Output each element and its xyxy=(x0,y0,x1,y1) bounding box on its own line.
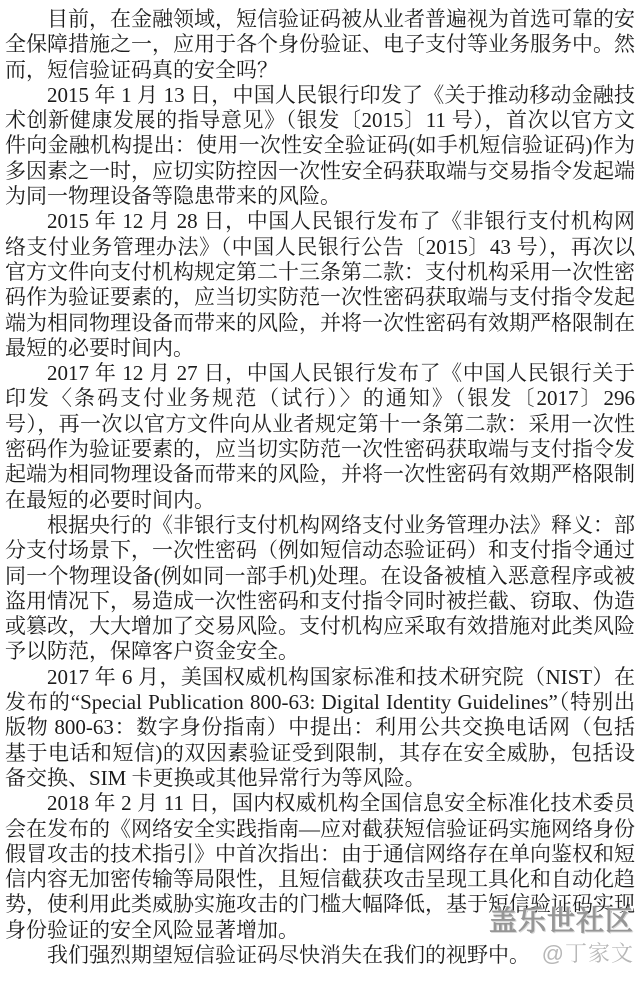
paragraph-pboc-2017-dec: 2017 年 12 月 27 日，中国人民银行发布了《中国人民银行关于印发〈条码… xyxy=(5,361,635,513)
watermark: 盖乐世社区 @丁家文 xyxy=(489,905,634,966)
article-body: 目前，在金融领域，短信验证码被从业者普遍视为首选可靠的安全保障措施之一，应用于各… xyxy=(5,7,635,968)
paragraph-intro: 目前，在金融领域，短信验证码被从业者普遍视为首选可靠的安全保障措施之一，应用于各… xyxy=(5,7,635,83)
paragraph-pboc-2015-dec: 2015 年 12 月 28 日，中国人民银行发布了《非银行支付机构网络支付业务… xyxy=(5,209,635,361)
document-page: 目前，在金融领域，短信验证码被从业者普遍视为首选可靠的安全保障措施之一，应用于各… xyxy=(0,0,640,984)
paragraph-nist-2017: 2017 年 6 月，美国权威机构国家标准和技术研究院（NIST）在发布的“Sp… xyxy=(5,665,635,791)
watermark-brand: 盖乐世社区 xyxy=(489,905,634,937)
paragraph-pboc-2015-jan: 2015 年 1 月 13 日，中国人民银行印发了《关于推动移动金融技术创新健康… xyxy=(5,83,635,209)
watermark-author: @丁家文 xyxy=(489,941,634,966)
paragraph-pboc-interpretation: 根据央行的《非银行支付机构网络支付业务管理办法》释义：部分支付场景下，一次性密码… xyxy=(5,513,635,665)
